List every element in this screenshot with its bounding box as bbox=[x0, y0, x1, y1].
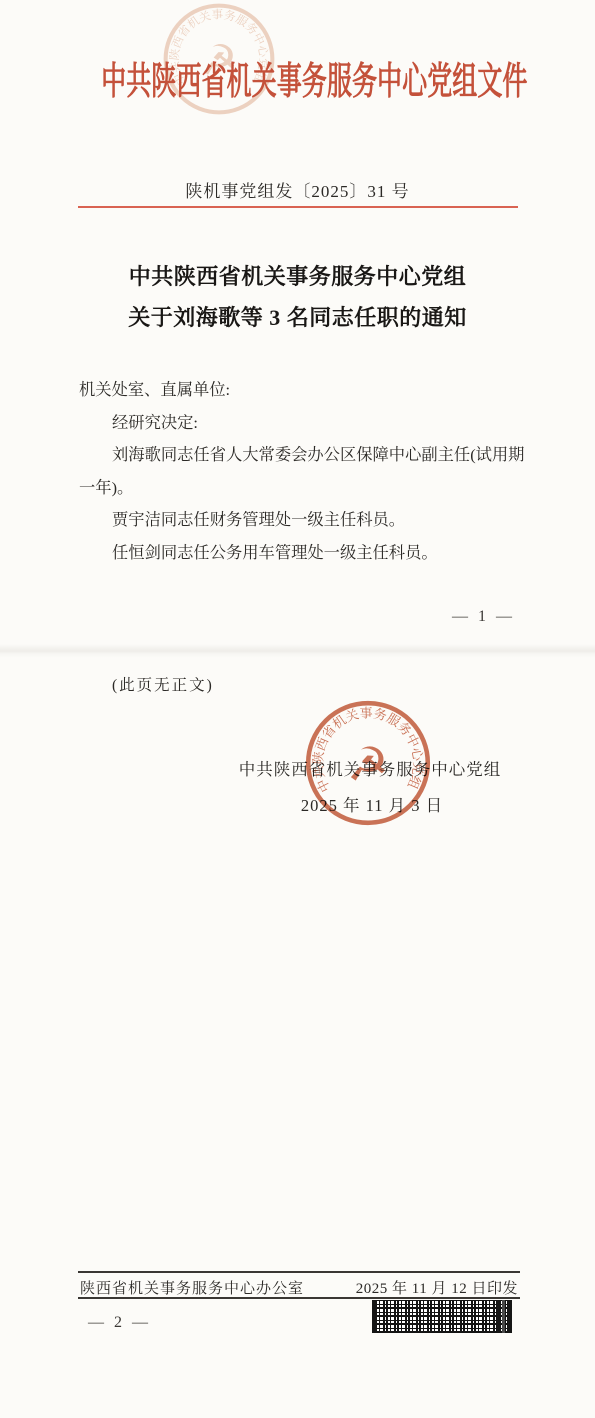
body-line: 一年)。 bbox=[79, 472, 520, 505]
footer-bottom-rule bbox=[78, 1297, 520, 1299]
body-line: 贾宇洁同志任财务管理处一级主任科员。 bbox=[79, 504, 520, 537]
document-number: 陕机事党组发〔2025〕31 号 bbox=[0, 177, 595, 202]
official-seal-icon bbox=[303, 698, 433, 828]
print-barcode bbox=[372, 1300, 512, 1333]
footer-print-date: 2025 年 11 月 12 日印发 bbox=[356, 1277, 518, 1298]
body-line: 经研究决定: bbox=[79, 407, 520, 440]
body-line: 刘海歌同志任省人大常委会办公区保障中心副主任(试用期 bbox=[79, 439, 520, 472]
no-text-note: (此页无正文) bbox=[112, 673, 214, 695]
document-title-line-2: 关于刘海歌等 3 名同志任职的通知 bbox=[0, 297, 595, 338]
page-seam bbox=[0, 644, 595, 658]
page-1-number: — 1 — bbox=[452, 608, 515, 626]
document-body: 机关处室、直属单位: 经研究决定: 刘海歌同志任省人大常委会办公区保障中心副主任… bbox=[79, 374, 520, 570]
red-separator-line bbox=[78, 206, 518, 208]
scanned-document: 中共陕西省机关事务服务中心党组 ☭ 中共陕西省机关事务服务中心党组文件 陕机事党… bbox=[0, 0, 595, 1418]
document-header-title: 中共陕西省机关事务服务中心党组文件 bbox=[101, 50, 494, 105]
page-2-number: — 2 — bbox=[88, 1314, 151, 1332]
document-title: 中共陕西省机关事务服务中心党组 关于刘海歌等 3 名同志任职的通知 bbox=[0, 256, 595, 338]
footer-top-rule bbox=[78, 1271, 520, 1273]
footer-office: 陕西省机关事务服务中心办公室 bbox=[80, 1277, 304, 1298]
salutation-line: 机关处室、直属单位: bbox=[79, 374, 520, 407]
body-line: 任恒剑同志任公务用车管理处一级主任科员。 bbox=[79, 537, 520, 570]
document-title-line-1: 中共陕西省机关事务服务中心党组 bbox=[0, 256, 595, 297]
